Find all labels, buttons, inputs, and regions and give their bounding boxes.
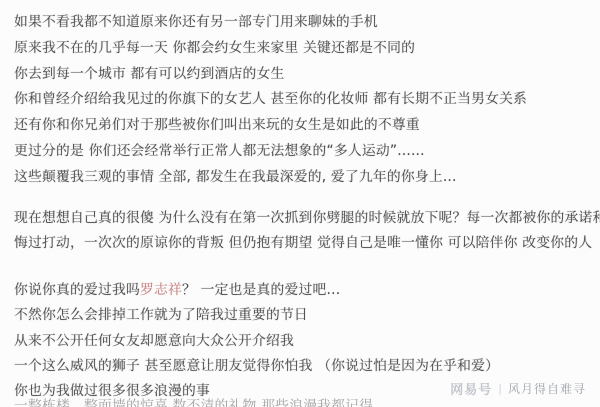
letter-line: 现在想想自己真的很傻 为什么没有在第一次抓到你劈腿的时候就放下呢？每一次都被你的… [14,206,600,232]
letter-line: 一个这么威风的狮子 甚至愿意让朋友觉得你怕我 （你说过怕是因为在乎和爱） [14,354,600,379]
watermark: 网易号 | 风月得自难寻 [450,379,586,398]
letter-line: 还有你和你兄弟们对于那些被你们叫出来玩的女生是如此的不尊重 [14,113,600,139]
letter-line: 你和曾经介绍给我见过的你旗下的女艺人 甚至你的化妆师 都有长期不正当男女关系 [14,87,600,113]
name-line-before: 你说你真的爱过我吗 [14,282,140,298]
name-line-after: ？ 一定也是真的爱过吧... [182,282,340,298]
letter-line: 你去到每一个城市 都有可以约到酒店的女生 [14,62,600,88]
truncated-last-line: 一整栋楼、整面墙的惊喜 数不清的礼物 那些浪漫我都记得 [14,398,373,407]
letter-line: 这些颠覆我三观的事情 全部, 都发生在我最深爱的, 爱了九年的你身上... [14,165,600,191]
letter-page: 如果不看我都不知道原来你还有另一部专门用来聊妹的手机 原来我不在的几乎每一天 你… [0,0,600,407]
letter-line: 悔过打动，一次次的原谅你的背叛 但仍抱有期望 觉得自己是唯一懂你 可以陪伴你 改… [14,231,600,257]
paragraph-2: 现在想想自己真的很傻 为什么没有在第一次抓到你劈腿的时候就放下呢？每一次都被你的… [0,206,600,258]
paragraph-1: 如果不看我都不知道原来你还有另一部专门用来聊妹的手机 原来我不在的几乎每一天 你… [0,10,600,191]
letter-line: 更过分的是 你们还会经常举行正常人都无法想象的“多人运动”...... [14,139,600,165]
netease-logo: 网易号 [450,379,492,398]
letter-line: 原来我不在的几乎每一天 你都会约女生来家里 关键还都是不同的 [14,36,600,62]
letter-line-with-name: 你说你真的爱过我吗罗志祥？ 一定也是真的爱过吧... [14,278,600,303]
letter-line: 不然你怎么会排掉工作就为了陪我过重要的节日 [14,303,600,328]
watermark-account: 风月得自难寻 [508,380,586,397]
watermark-divider: | [498,382,502,395]
highlighted-name: 罗志祥 [140,282,182,298]
letter-line: 如果不看我都不知道原来你还有另一部专门用来聊妹的手机 [14,10,600,36]
letter-line: 从来不公开任何女友却愿意向大众公开介绍我 [14,329,600,354]
